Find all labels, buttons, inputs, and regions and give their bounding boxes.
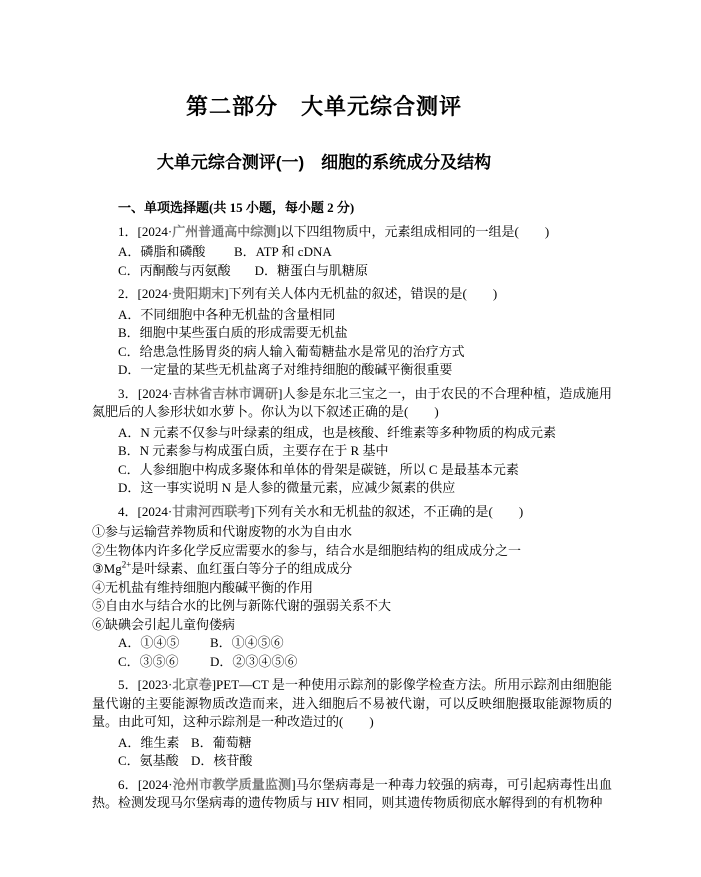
option-d: D．这一事实说明 N 是人参的微量元素，应减少氮素的供应 [118, 479, 612, 498]
source-bracket-open: [2023· [138, 677, 173, 692]
question-5: 5．[2023·北京卷]PET—CT 是一种使用示踪剂的影像学检查方法。所用示踪… [92, 676, 612, 771]
question-1: 1．[2024·广州普通高中综测]以下四组物质中，元素组成相同的一组是( ) A… [92, 223, 612, 281]
part-title: 第二部分 大单元综合测评 [64, 94, 584, 120]
question-number: 6． [118, 777, 138, 792]
source-bracket-open: [2024· [138, 386, 173, 401]
superscript-charge: 2+ [122, 560, 132, 570]
question-stem: 5．[2023·北京卷]PET—CT 是一种使用示踪剂的影像学检查方法。所用示踪… [92, 676, 612, 732]
source-name: 沧州市教学质量监测 [173, 777, 292, 792]
source-name: 甘肃河西联考 [172, 504, 250, 519]
option-b: B．N 元素参与构成蛋白质，主要存在于 R 基中 [118, 442, 612, 461]
source-name: 吉林省吉林市调研 [173, 386, 279, 401]
option-a: A．N 元素不仅参与叶绿素的组成，也是核酸、纤维素等多种物质的构成元素 [118, 424, 612, 443]
question-stem: 2．[2024·贵阳期末]下列有关人体内无机盐的叙述，错误的是( ) [92, 285, 612, 304]
option-c: C．氨基酸 [118, 752, 191, 771]
options-row: C．丙酮酸与丙氨酸D．糖蛋白与肌糖原 [118, 262, 612, 281]
option-d: D．核苷酸 [191, 752, 252, 771]
option-a: A．维生素 [118, 734, 191, 753]
question-6: 6．[2024·沧州市教学质量监测]马尔堡病毒是一种毒力较强的病毒，可引起病毒性… [92, 776, 612, 813]
option-b: B．①④⑤⑥ [210, 634, 284, 653]
question-text: 下列有关人体内无机盐的叙述，错误的是( ) [229, 286, 498, 301]
option-c: C．人参细胞中构成多聚体和单体的骨架是碳链，所以 C 是最基本元素 [118, 461, 612, 480]
statement-6: ⑥缺碘会引起儿童佝偻病 [92, 616, 612, 635]
option-c: C．给患急性肠胃炎的病人输入葡萄糖盐水是常见的治疗方式 [118, 343, 612, 362]
statement-2: ②生物体内许多化学反应需要水的参与，结合水是细胞结构的组成成分之一 [92, 542, 612, 561]
source-name: 北京卷 [172, 677, 211, 692]
question-text: 以下四组物质中，元素组成相同的一组是( ) [281, 224, 550, 239]
statement-3: ③Mg2+是叶绿素、血红蛋白等分子的组成成分 [92, 560, 612, 579]
option-a: A．磷脂和磷酸 [118, 243, 210, 262]
source-bracket-open: [2024· [138, 224, 173, 239]
question-number: 2． [118, 286, 138, 301]
statement-3-text: ③Mg [92, 561, 122, 576]
statement-3-text: 是叶绿素、血红蛋白等分子的组成成分 [131, 561, 352, 576]
question-stem: 1．[2024·广州普通高中综测]以下四组物质中，元素组成相同的一组是( ) [92, 223, 612, 242]
option-a: A．不同细胞中各种无机盐的含量相同 [118, 306, 612, 325]
section-instructions: 一、单项选择题(共 15 小题，每小题 2 分) [92, 199, 612, 218]
option-b: B．细胞中某些蛋白质的形成需要无机盐 [118, 324, 612, 343]
source-bracket-open: [2024· [138, 286, 173, 301]
question-2: 2．[2024·贵阳期末]下列有关人体内无机盐的叙述，错误的是( ) A．不同细… [92, 285, 612, 380]
source-bracket-open: [2024· [138, 504, 173, 519]
source-name: 贵阳期末 [172, 286, 224, 301]
option-a: A．①④⑤ [118, 634, 210, 653]
question-text: 下列有关水和无机盐的叙述，不正确的是( ) [255, 504, 524, 519]
statement-1: ①参与运输营养物质和代谢废物的水为自由水 [92, 523, 612, 542]
option-b: B．葡萄糖 [191, 734, 252, 753]
exam-page: 第二部分 大单元综合测评 大单元综合测评(一) 细胞的系统成分及结构 一、单项选… [0, 0, 701, 877]
section-title: 大单元综合测评(一) 细胞的系统成分及结构 [64, 152, 584, 174]
option-d: D．②③④⑤⑥ [210, 653, 297, 672]
option-c: C．③⑤⑥ [118, 653, 210, 672]
options-row: C．氨基酸D．核苷酸 [118, 752, 612, 771]
option-b: B．ATP 和 cDNA [234, 243, 332, 262]
option-d: D．一定量的某些无机盐离子对维持细胞的酸碱平衡很重要 [118, 361, 612, 380]
option-c: C．丙酮酸与丙氨酸 [118, 262, 231, 281]
options-row: A．维生素B．葡萄糖 [118, 734, 612, 753]
statement-4: ④无机盐有维持细胞内酸碱平衡的作用 [92, 579, 612, 598]
question-number: 4． [118, 504, 138, 519]
question-stem: 3．[2024·吉林省吉林市调研]人参是东北三宝之一，由于农民的不合理种植，造成… [92, 385, 612, 422]
source-bracket-open: [2024· [138, 777, 173, 792]
option-d: D．糖蛋白与肌糖原 [255, 262, 368, 281]
options-row: C．③⑤⑥D．②③④⑤⑥ [118, 653, 612, 672]
question-4: 4．[2024·甘肃河西联考]下列有关水和无机盐的叙述，不正确的是( ) ①参与… [92, 503, 612, 672]
question-stem: 4．[2024·甘肃河西联考]下列有关水和无机盐的叙述，不正确的是( ) [92, 503, 612, 522]
question-stem: 6．[2024·沧州市教学质量监测]马尔堡病毒是一种毒力较强的病毒，可引起病毒性… [92, 776, 612, 813]
question-number: 5． [118, 677, 138, 692]
question-number: 1． [118, 224, 138, 239]
question-3: 3．[2024·吉林省吉林市调研]人参是东北三宝之一，由于农民的不合理种植，造成… [92, 385, 612, 498]
source-name: 广州普通高中综测 [172, 224, 276, 239]
question-number: 3． [118, 386, 138, 401]
options-row: A．①④⑤B．①④⑤⑥ [118, 634, 612, 653]
options-row: A．磷脂和磷酸B．ATP 和 cDNA [118, 243, 612, 262]
statement-5: ⑤自由水与结合水的比例与新陈代谢的强弱关系不大 [92, 597, 612, 616]
